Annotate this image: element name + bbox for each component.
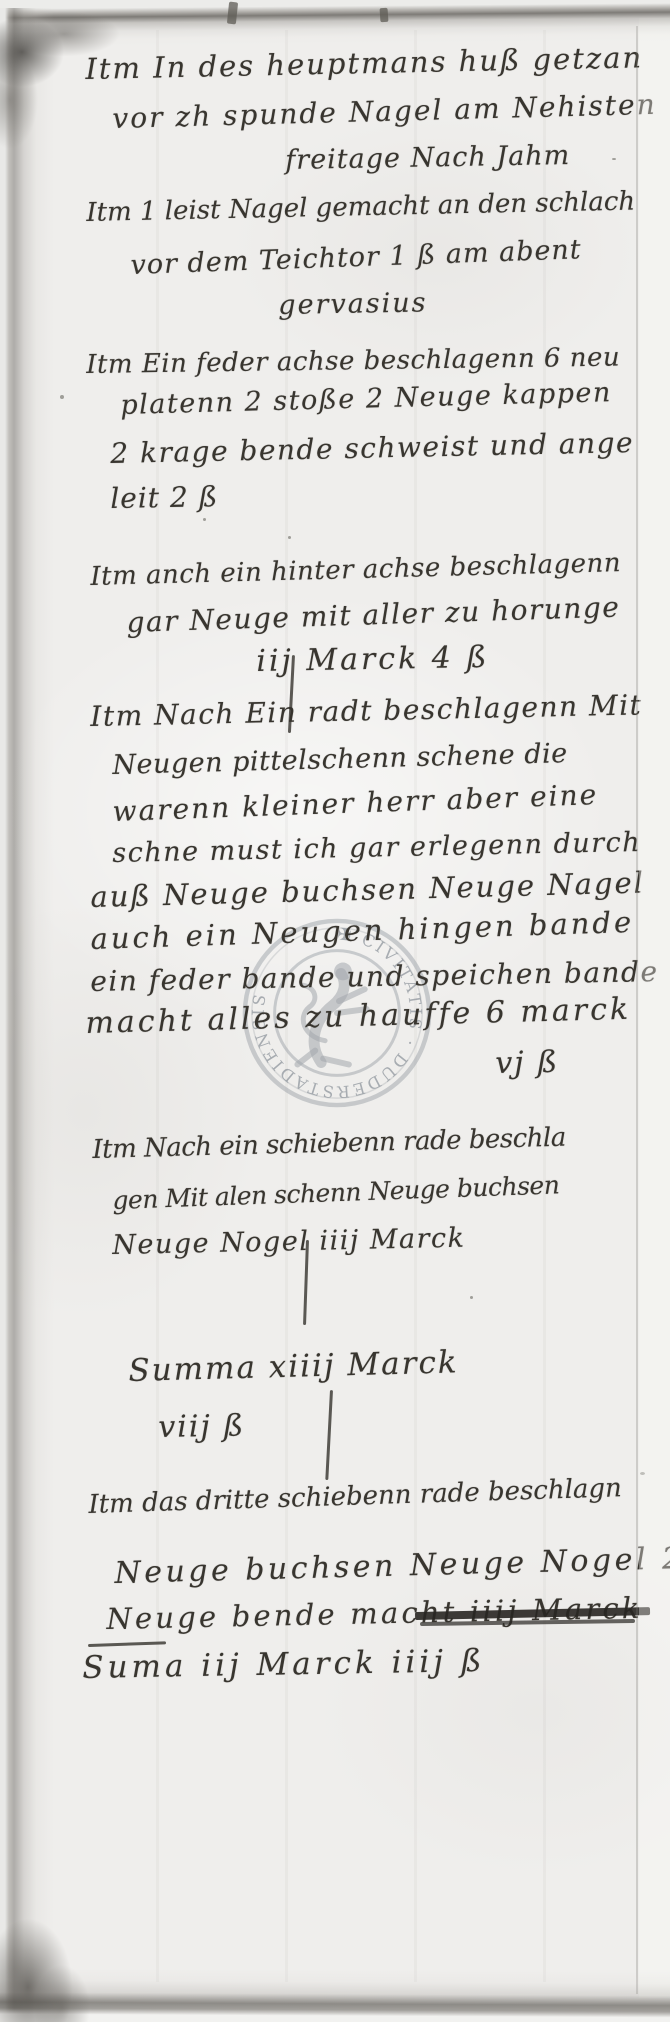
ink-speck — [288, 536, 291, 539]
torn-corner-top-left — [0, 0, 130, 160]
manuscript-line: vj ß — [495, 1045, 559, 1081]
ink-speck — [470, 1296, 473, 1299]
summa-line: viij ß — [158, 1408, 246, 1445]
torn-corner-bottom-left — [0, 1862, 120, 2022]
ink-speck — [60, 395, 64, 399]
ink-speck — [203, 518, 206, 521]
fold-crease-line — [636, 26, 638, 1994]
suma-line: Suma iij Marck iiij ß — [82, 1643, 486, 1686]
manuscript-scan: ✠ CIVITATIS · DUDERSTADIENSIS Itm In des… — [0, 0, 670, 2022]
page-right-margin-strip — [639, 18, 670, 1998]
manuscript-line: freitage Nach Jahm — [285, 140, 571, 176]
manuscript-line: leit 2 ß — [110, 480, 219, 515]
manuscript-line: gervasius — [278, 287, 428, 321]
paper-fiber-tuft — [380, 8, 389, 23]
ink-speck — [612, 158, 616, 160]
